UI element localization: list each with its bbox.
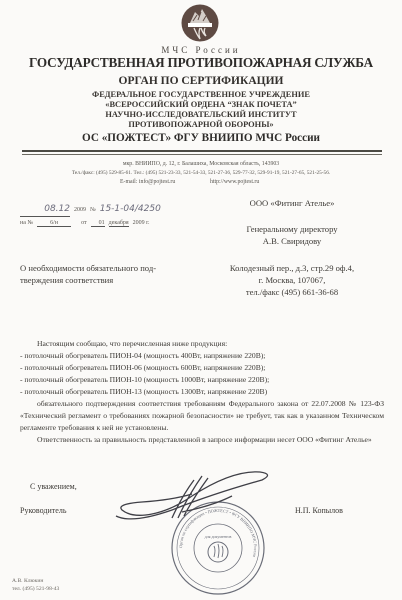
header-divider (22, 154, 382, 155)
executor-phone: тел. (495) 521-98-43 (12, 586, 59, 592)
org-phones: Тел./факс: (495) 529-85-61. Тел.: (495) … (0, 170, 402, 176)
subject-line: тверждения соответствия (20, 275, 113, 285)
stamp-center-text: для документов (205, 534, 232, 539)
org-email: E-mail: info@pojtest.ru (120, 179, 175, 185)
institution-line: ФЕДЕРАЛЬНОЕ ГОСУДАРСТВЕННОЕ УЧРЕЖДЕНИЕ (0, 90, 402, 99)
institution-line: «ВСЕРОССИЙСКИЙ ОРДЕНА “ЗНАК ПОЧЕТА” (0, 100, 402, 109)
reply-month: декабря (109, 220, 129, 227)
recipient-company: ООО «Фитинг Ателье» (212, 198, 372, 208)
recipient-address-line1: Колодезный пер., д.3, стр.29 оф.4, (212, 263, 372, 273)
main-paragraph: обязательного подтверждения соответствия… (20, 398, 384, 434)
header-divider (22, 150, 382, 152)
reply-year: 2009 г. (133, 220, 150, 226)
recipient-phone: тел./факс (495) 661-36-68 (212, 287, 372, 297)
subject-line: О необходимости обязательного под- (20, 263, 156, 273)
signatory-name: Н.П. Копылов (295, 506, 343, 515)
institution-line: ПРОТИВОПОЖАРНОЙ ОБОРОНЫ» (0, 120, 402, 129)
organization-short-name: ОС «ПОЖТЕСТ» ФГУ ВНИИПО МЧС России (0, 132, 402, 144)
recipient-position: Генеральному директору (212, 224, 372, 234)
product-item: - потолочный обогреватель ПИОН-10 (мощно… (20, 375, 269, 384)
responsibility-paragraph: Ответственность за правильность представ… (20, 434, 384, 446)
service-name: ГОСУДАРСТВЕННАЯ ПРОТИВОПОЖАРНАЯ СЛУЖБА (0, 55, 402, 71)
signature-scribble (112, 466, 272, 526)
product-item: - потолочный обогреватель ПИОН-06 (мощно… (20, 363, 265, 372)
product-item: - потолочный обогреватель ПИОН-13 (мощно… (20, 387, 267, 396)
institution-line: НАУЧНО-ИССЛЕДОВАТЕЛЬСКИЙ ИНСТИТУТ (0, 110, 402, 119)
org-address: мкр. ВНИИПО, д. 12, г. Балашиха, Московс… (0, 161, 402, 167)
mchs-emblem-icon (181, 4, 219, 42)
product-item: - потолочный обогреватель ПИОН-04 (мощно… (20, 351, 265, 360)
intro-text: Настоящим сообщаю, что перечисленная ниж… (37, 339, 227, 348)
reply-to-number: 6/н (37, 220, 71, 227)
certification-body: ОРГАН ПО СЕРТИФИКАЦИИ (0, 75, 402, 87)
recipient-name: А.В. Свиридову (212, 236, 372, 246)
recipient-address-line2: г. Москва, 107067, (212, 275, 372, 285)
reply-reference: на № 6/н от 01 декабря 2009 г. (20, 211, 149, 229)
executor-name: А.В. Клюкин (12, 578, 43, 584)
ministry-name: МЧС России (0, 45, 402, 55)
org-website: http://www.pojtest.ru (210, 179, 259, 185)
regards-text: С уважением, (30, 482, 77, 491)
reply-to-label: на № (20, 220, 33, 226)
reply-from-label: от (81, 220, 87, 226)
signatory-title: Руководитель (20, 506, 66, 515)
reply-day: 01 (91, 220, 105, 227)
